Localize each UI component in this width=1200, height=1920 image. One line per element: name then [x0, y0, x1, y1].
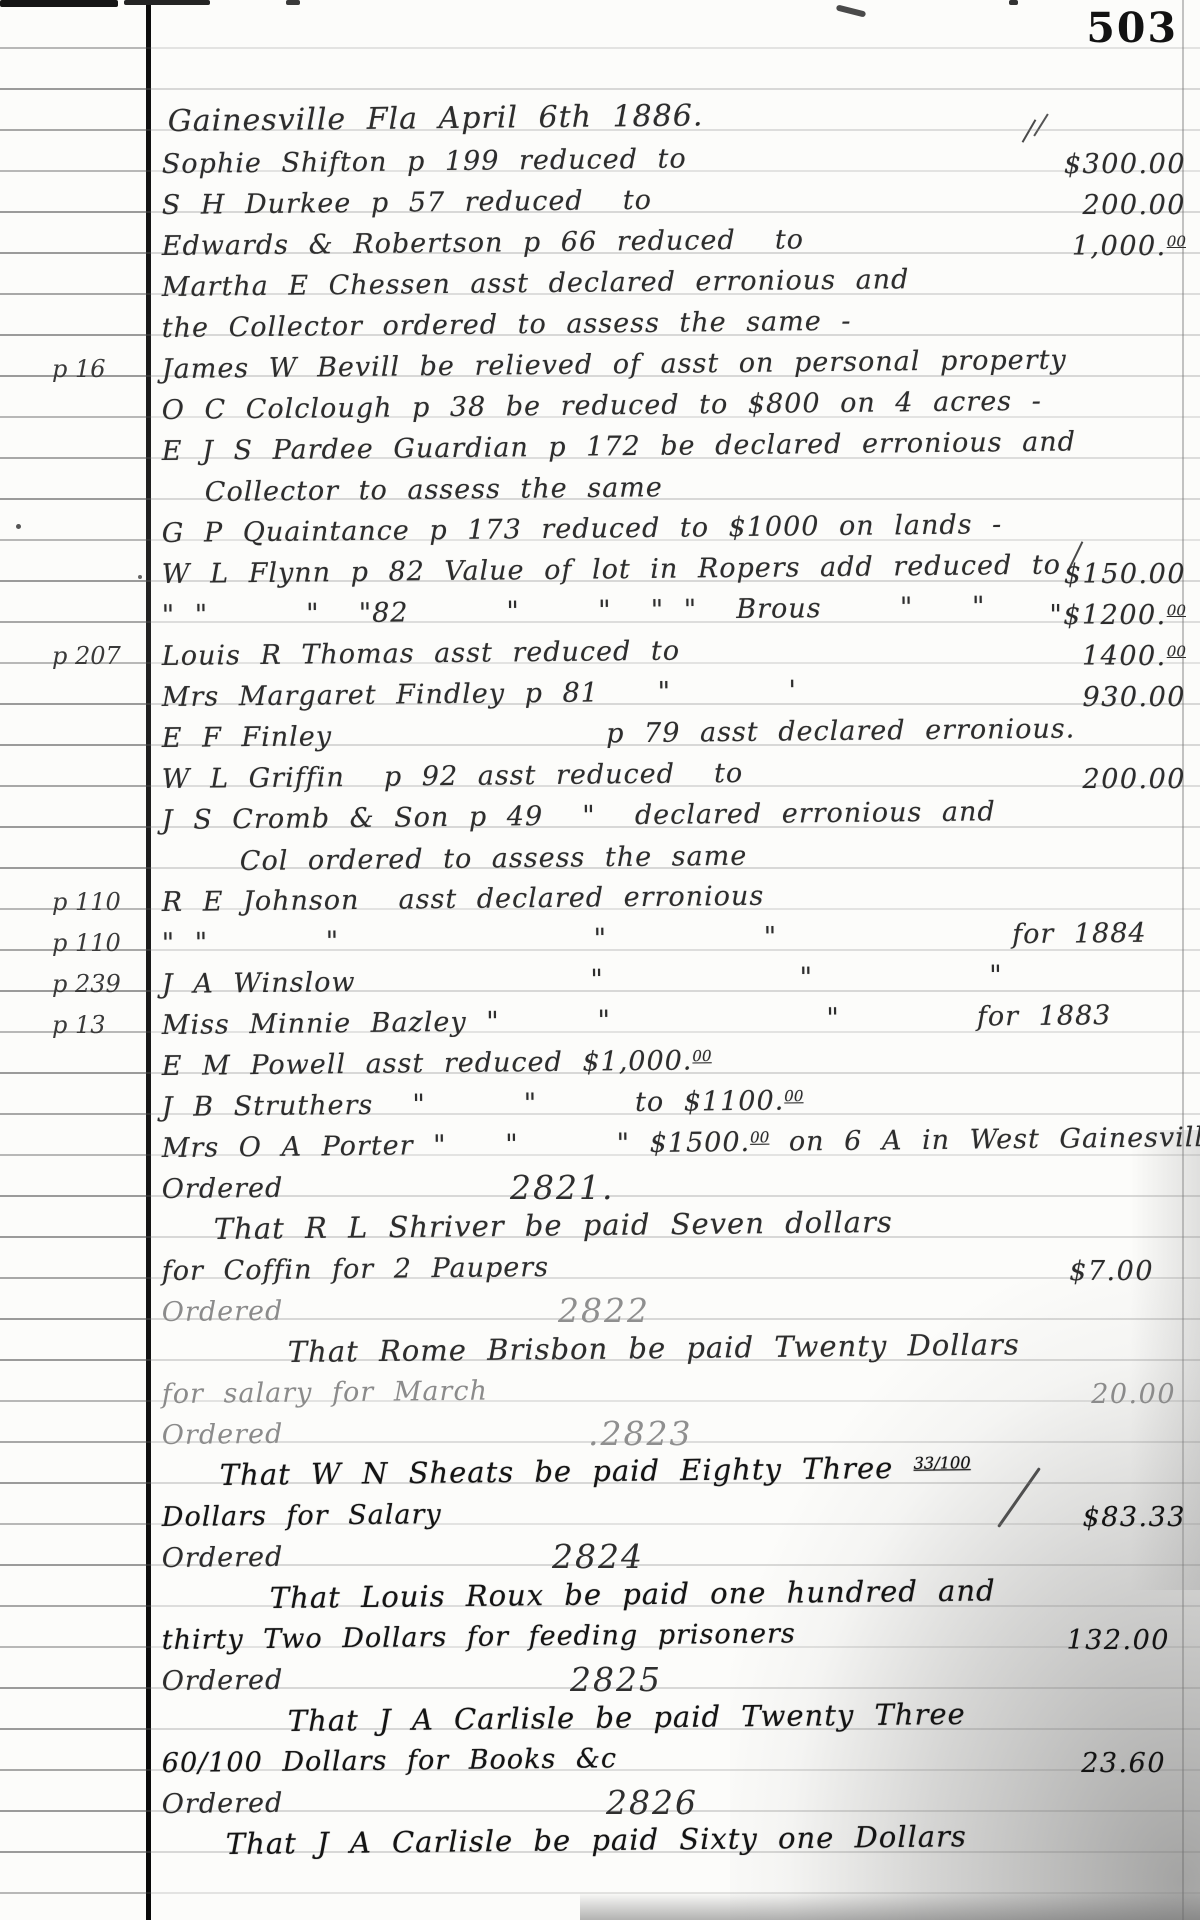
- ledger-row: J B Struthers " " to $1100.00: [0, 1077, 1200, 1119]
- entry-text: E F Finley p 79 asst declared erronious.: [162, 713, 1076, 754]
- ledger-row: for Coffin for 2 Paupers$7.00: [0, 1241, 1200, 1283]
- ledger-row: p 110" " " " " for 1884: [0, 913, 1200, 955]
- ledger-row: Col ordered to assess the same: [0, 831, 1200, 873]
- handwriting-segment: That J A Carlisle be paid Sixty one Doll…: [226, 1819, 967, 1861]
- margin-page-ref: p 16: [52, 355, 106, 383]
- ledger-row: That Louis Roux be paid one hundred and: [0, 1569, 1200, 1611]
- ledger-row: G P Quaintance p 173 reduced to $1000 on…: [0, 503, 1200, 545]
- ledger-row: Gainesville Fla April 6th 1886.: [0, 93, 1200, 135]
- entry-text: That W N Sheats be paid Eighty Three 33/…: [220, 1450, 971, 1492]
- ledger-row: thirty Two Dollars for feeding prisoners…: [0, 1610, 1200, 1652]
- ledger-row: Ordered.2823: [0, 1405, 1200, 1447]
- ruled-line: [0, 47, 1200, 49]
- entry-text: That R L Shriver be paid Seven dollars: [214, 1204, 893, 1245]
- ink-smudge: [124, 0, 210, 5]
- superscript-cents: 00: [750, 1128, 769, 1146]
- ledger-row: That R L Shriver be paid Seven dollars: [0, 1200, 1200, 1242]
- ledger-row: p 239J A Winslow " " ": [0, 954, 1200, 996]
- ledger-row: p 13Miss Minnie Bazley " " " for 1883: [0, 995, 1200, 1037]
- handwriting-segment: on 6 A in West Gainesville: [769, 1122, 1200, 1158]
- handwriting-segment: That J A Carlisle be paid Twenty Three: [288, 1696, 966, 1737]
- superscript-cents: 00: [1167, 642, 1186, 660]
- ledger-row: 60/100 Dollars for Books &c23.60: [0, 1733, 1200, 1775]
- handwriting-segment: W L Flynn p 82 Value of lot in Ropers ad…: [162, 549, 1061, 589]
- handwriting-segment: Gainesville Fla April 6th 1886.: [168, 98, 704, 139]
- entry-text: Mrs O A Porter " " " $1500.00 on 6 A in …: [162, 1122, 1200, 1164]
- entry-text: Gainesville Fla April 6th 1886.: [168, 98, 704, 139]
- page-number: 503: [1086, 4, 1178, 52]
- ledger-row: J S Cromb & Son p 49 " declared erroniou…: [0, 790, 1200, 832]
- ledger-row: That J A Carlisle be paid Twenty Three: [0, 1692, 1200, 1734]
- ledger-row: O C Colclough p 38 be reduced to $800 on…: [0, 380, 1200, 422]
- ledger-row: Collector to assess the same: [0, 462, 1200, 504]
- handwriting-segment: That R L Shriver be paid Seven dollars: [214, 1204, 893, 1245]
- entry-text: " " " " " for 1884: [162, 917, 1147, 958]
- ledger-row: Sophie Shifton p 199 reduced to$300.00: [0, 134, 1200, 176]
- ruled-line: [0, 1892, 1200, 1894]
- entry-text: That Louis Roux be paid one hundred and: [270, 1573, 996, 1615]
- ledger-row: p 207Louis R Thomas asst reduced to1400.…: [0, 626, 1200, 668]
- handwriting-segment: James W Bevill be relieved of asst on pe…: [162, 344, 1067, 384]
- superscript-cents: 00: [1167, 232, 1186, 250]
- ledger-row: Ordered2824: [0, 1528, 1200, 1570]
- margin-page-ref: p 110: [52, 929, 121, 957]
- ledger-row: the Collector ordered to assess the same…: [0, 298, 1200, 340]
- ledger-row: Ordered2822: [0, 1282, 1200, 1324]
- ledger-row: E J S Pardee Guardian p 172 be declared …: [0, 421, 1200, 463]
- page-edge-shadow: [580, 1892, 1200, 1920]
- entry-text: E J S Pardee Guardian p 172 be declared …: [162, 426, 1076, 467]
- ink-smudge: [0, 0, 118, 7]
- margin-page-ref: p 13: [52, 1011, 106, 1039]
- ledger-row: Mrs O A Porter " " " $1500.00 on 6 A in …: [0, 1118, 1200, 1160]
- superscript-cents: 00: [692, 1047, 711, 1065]
- ledger-row: Edwards & Robertson p 66 reduced to1,000…: [0, 216, 1200, 258]
- handwriting-segment: Miss Minnie Bazley " " " for 1883: [162, 1000, 1112, 1041]
- ink-smudge: [836, 4, 867, 17]
- margin-page-ref: p 207: [52, 642, 121, 670]
- ledger-row: That Rome Brisbon be paid Twenty Dollars: [0, 1323, 1200, 1365]
- ruled-line: [0, 88, 1200, 90]
- superscript-cents: 00: [784, 1087, 803, 1105]
- ink-smudge: [1009, 0, 1018, 5]
- entry-text: O C Colclough p 38 be reduced to $800 on…: [162, 385, 1042, 425]
- superscript-cents: 33/100: [913, 1453, 970, 1473]
- ledger-row: Ordered2825: [0, 1651, 1200, 1693]
- ledger-row: Dollars for Salary$83.33: [0, 1487, 1200, 1529]
- ledger-row: Ordered2826: [0, 1774, 1200, 1816]
- ledger-row: p 110R E Johnson asst declared erronious: [0, 872, 1200, 914]
- margin-page-ref: p 110: [52, 888, 121, 916]
- ledger-row: That W N Sheats be paid Eighty Three 33/…: [0, 1446, 1200, 1488]
- ink-smudge: [286, 0, 300, 5]
- ledger-row: Ordered2821.: [0, 1159, 1200, 1201]
- ledger-row: W L Griffin p 92 asst reduced to200.00: [0, 749, 1200, 791]
- ledger-row: W L Flynn p 82 Value of lot in Ropers ad…: [0, 544, 1200, 586]
- ledger-row: E M Powell asst reduced $1,000.00: [0, 1036, 1200, 1078]
- ledger-row: E F Finley p 79 asst declared erronious.: [0, 708, 1200, 750]
- entry-text: W L Flynn p 82 Value of lot in Ropers ad…: [162, 549, 1061, 589]
- margin-page-ref: p 239: [52, 970, 121, 998]
- handwriting-segment: O C Colclough p 38 be reduced to $800 on…: [162, 385, 1042, 425]
- entry-text: That Rome Brisbon be paid Twenty Dollars: [288, 1327, 1020, 1369]
- ledger-row: for salary for March20.00: [0, 1364, 1200, 1406]
- handwriting-segment: That W N Sheats be paid Eighty Three: [220, 1450, 914, 1491]
- ledger-row: Mrs Margaret Findley p 81 " '930.00: [0, 667, 1200, 709]
- entry-text: That J A Carlisle be paid Twenty Three: [288, 1696, 966, 1737]
- ledger-row: " " " "82 " " " " Brous " ""$1200.00: [0, 585, 1200, 627]
- superscript-cents: 00: [1167, 601, 1186, 619]
- entry-text: James W Bevill be relieved of asst on pe…: [162, 344, 1067, 384]
- entry-text: Miss Minnie Bazley " " " for 1883: [162, 1000, 1112, 1041]
- ledger-row: That J A Carlisle be paid Sixty one Doll…: [0, 1815, 1200, 1857]
- handwriting-segment: That Rome Brisbon be paid Twenty Dollars: [288, 1327, 1020, 1369]
- handwriting-segment: E J S Pardee Guardian p 172 be declared …: [162, 426, 1076, 467]
- ledger-row: p 16James W Bevill be relieved of asst o…: [0, 339, 1200, 381]
- ledger-page: 503 Gainesville Fla April 6th 1886.Sophi…: [0, 0, 1200, 1920]
- entry-text: That J A Carlisle be paid Sixty one Doll…: [226, 1819, 967, 1861]
- handwriting-segment: E F Finley p 79 asst declared erronious.: [162, 713, 1076, 754]
- ledger-row: S H Durkee p 57 reduced to200.00: [0, 175, 1200, 217]
- handwriting-segment: " " " " " for 1884: [162, 917, 1147, 958]
- ledger-row: Martha E Chessen asst declared erronious…: [0, 257, 1200, 299]
- handwriting-segment: That Louis Roux be paid one hundred and: [270, 1573, 996, 1615]
